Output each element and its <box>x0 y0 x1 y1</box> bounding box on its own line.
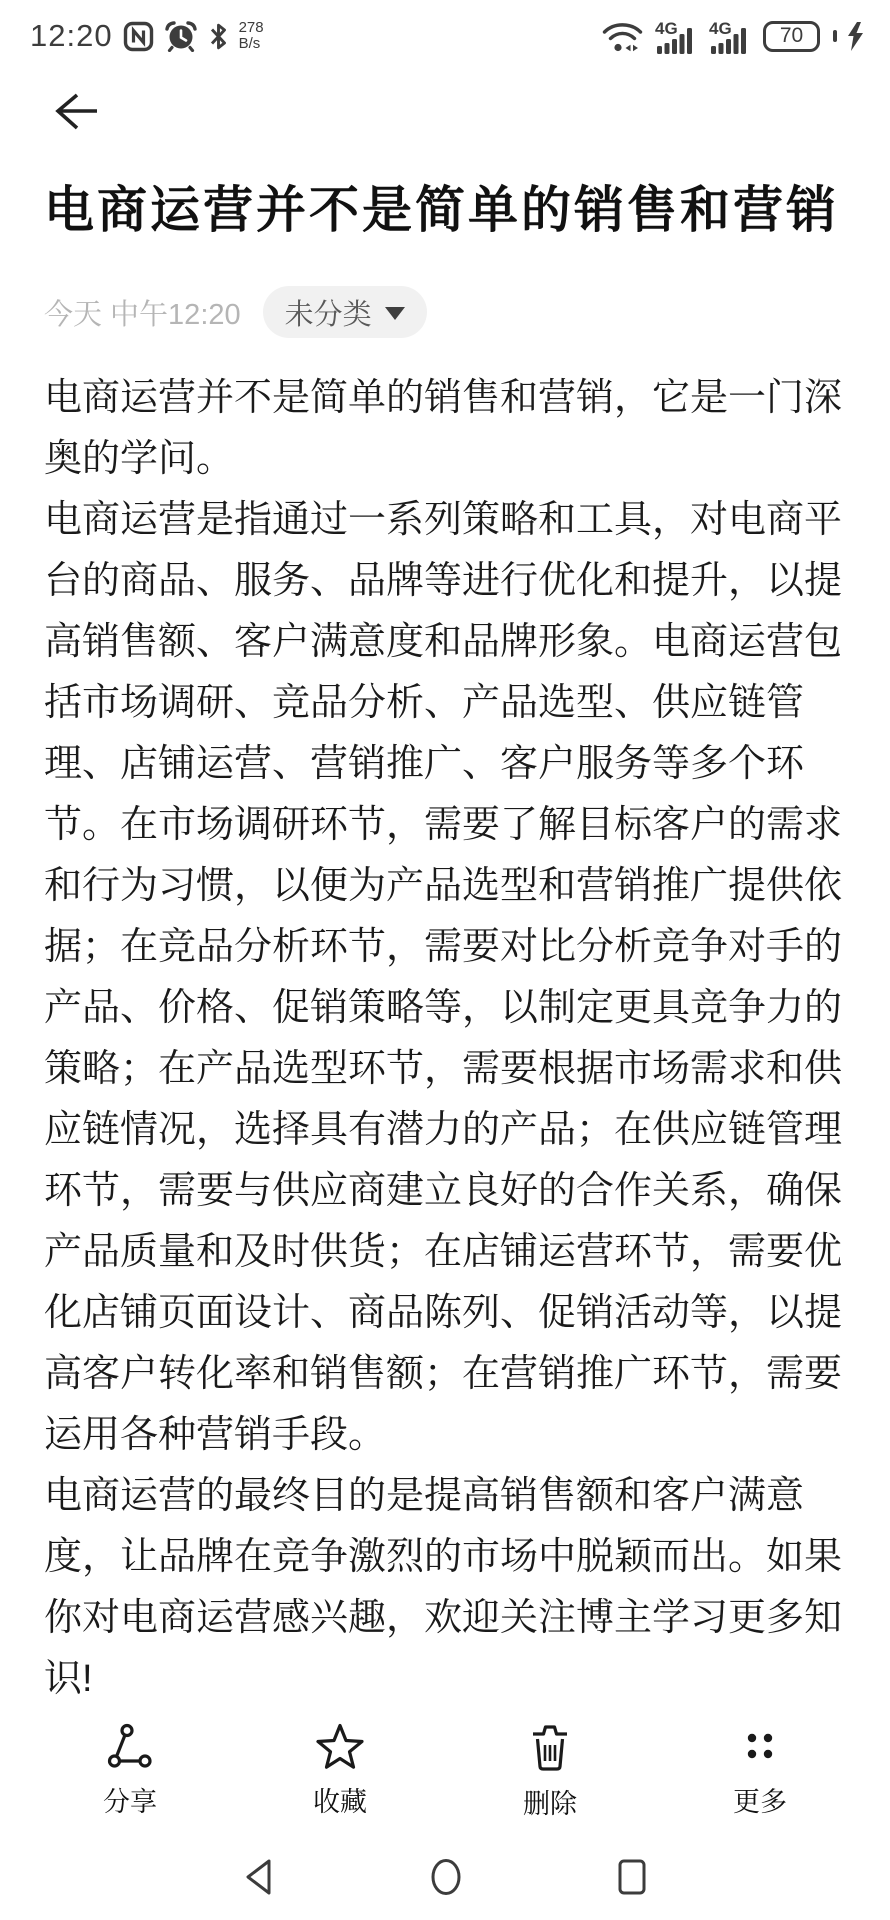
nav-back-button[interactable] <box>241 1857 277 1897</box>
note-title[interactable]: 电商运营并不是简单的销售和营销 <box>44 180 846 240</box>
note-body[interactable]: 电商运营并不是简单的销售和营销，它是一门深奥的学问。 电商运营是指通过一系列策略… <box>44 368 846 1710</box>
note-paragraph: 电商运营是指通过一系列策略和工具，对电商平台的商品、服务、品牌等进行优化和提升，… <box>44 490 846 1466</box>
status-bar-left: 12:20 278 B/s <box>30 18 264 54</box>
note-date: 今天 中午12:20 <box>44 292 241 333</box>
category-label: 未分类 <box>285 292 372 333</box>
share-label: 分享 <box>103 1780 157 1819</box>
battery-icon: 70 <box>763 21 820 52</box>
note-app-screen: 12:20 278 B/s <box>0 0 890 1920</box>
signal-bars-icon: 4G <box>709 18 753 55</box>
bottom-toolbar: 分享 收藏 删除 更多 <box>0 1722 890 1821</box>
signal-bars-icon: 4G <box>655 18 699 55</box>
share-button[interactable]: 分享 <box>84 1722 176 1821</box>
more-label: 更多 <box>733 1780 787 1819</box>
battery-nub <box>833 30 837 42</box>
delete-button[interactable]: 删除 <box>504 1722 596 1821</box>
back-arrow-icon[interactable] <box>50 88 102 134</box>
bluetooth-icon <box>208 21 229 52</box>
cellular-1-label: 4G <box>655 19 678 38</box>
delete-label: 删除 <box>523 1782 577 1821</box>
charging-bolt-icon <box>847 22 864 51</box>
status-time: 12:20 <box>30 18 113 54</box>
battery-percent: 70 <box>780 24 803 48</box>
network-speed-unit: B/s <box>239 36 261 52</box>
more-dots-icon <box>739 1722 781 1770</box>
wifi-icon <box>600 19 645 54</box>
more-button[interactable]: 更多 <box>714 1722 806 1821</box>
status-bar: 12:20 278 B/s <box>0 0 890 58</box>
favorite-label: 收藏 <box>313 1780 367 1819</box>
nfc-icon <box>123 21 154 52</box>
chevron-down-icon <box>385 307 405 320</box>
android-nav-bar <box>0 1852 890 1902</box>
trash-icon <box>527 1722 573 1772</box>
alarm-icon <box>164 20 198 52</box>
network-speed-value: 278 <box>239 20 264 36</box>
nav-home-button[interactable] <box>427 1856 465 1898</box>
network-speed-indicator: 278 B/s <box>239 20 264 52</box>
note-paragraph: 电商运营的最终目的是提高销售额和客户满意度，让品牌在竞争激烈的市场中脱颖而出。如… <box>44 1466 846 1710</box>
note-paragraph: 电商运营并不是简单的销售和营销，它是一门深奥的学问。 <box>44 368 846 490</box>
status-bar-right: 4G 4G 70 <box>600 18 864 55</box>
category-selector[interactable]: 未分类 <box>263 286 427 338</box>
favorite-button[interactable]: 收藏 <box>294 1722 386 1821</box>
nav-recents-button[interactable] <box>615 1857 649 1897</box>
share-icon <box>106 1722 154 1770</box>
star-icon <box>315 1722 365 1770</box>
note-meta-row: 今天 中午12:20 未分类 <box>44 286 890 338</box>
cellular-2-label: 4G <box>709 19 732 38</box>
header-row <box>50 88 890 140</box>
